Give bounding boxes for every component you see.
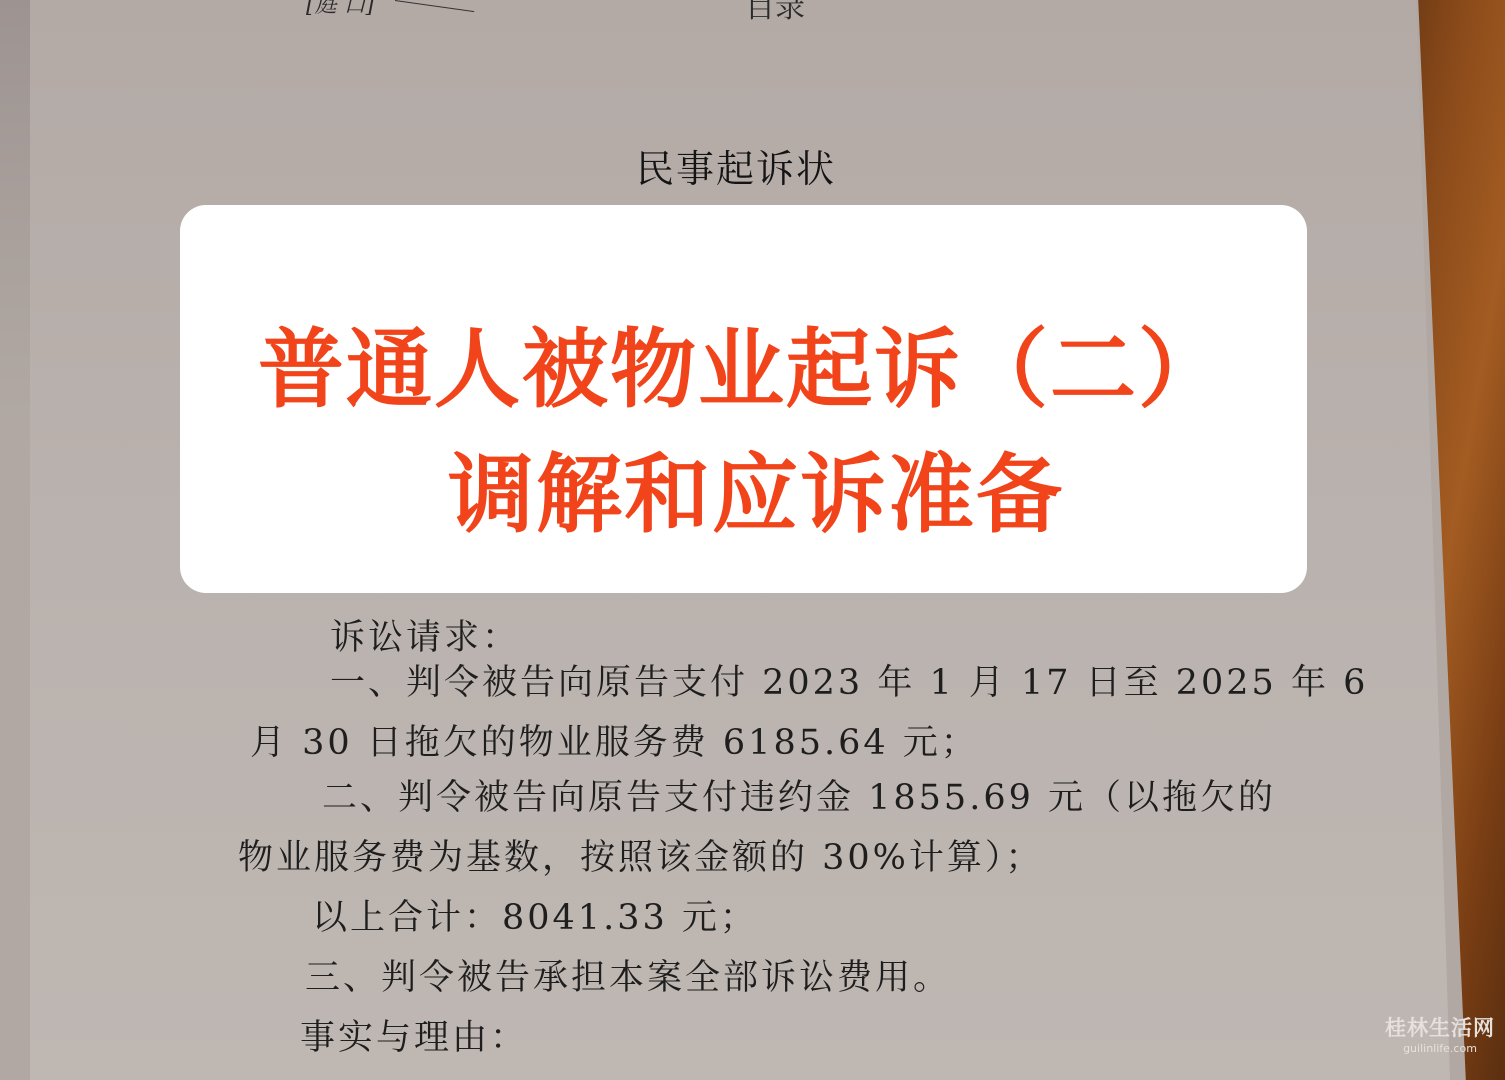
header-fragment-right: 目录 <box>745 0 805 26</box>
title-overlay-card: 普通人被物业起诉（二） 调解和应诉准备 <box>180 205 1307 593</box>
section-facts-heading: 事实与理由： <box>300 1010 528 1060</box>
site-watermark: 桂林生活网 guilinlife.com <box>1385 1012 1495 1055</box>
section-claims-heading: 诉讼请求： <box>330 610 520 660</box>
overlay-title-line2: 调解和应诉准备 <box>448 425 1064 549</box>
claim-2-line-1: 二、判令被告向原告支付违约金 1855.69 元（以拖欠的 <box>322 770 1276 820</box>
document-title: 民事起诉状 <box>636 138 836 193</box>
claim-3: 三、判令被告承担本案全部诉讼费用。 <box>305 950 951 1000</box>
header-fragment-left: [庭 口] <box>306 0 374 19</box>
overlay-title-line1: 普通人被物业起诉（二） <box>258 300 1226 424</box>
claim-2-line-2: 物业服务费为基数，按照该金额的 30%计算）； <box>238 830 1043 880</box>
claim-1-line-2: 月 30 日拖欠的物业服务费 6185.64 元； <box>250 715 979 765</box>
claims-total: 以上合计：8041.33 元； <box>312 890 758 940</box>
claim-1-line-1: 一、判令被告向原告支付 2023 年 1 月 17 日至 2025 年 6 <box>330 655 1368 705</box>
watermark-domain: guilinlife.com <box>1385 1042 1495 1055</box>
watermark-name: 桂林生活网 <box>1385 1012 1495 1042</box>
